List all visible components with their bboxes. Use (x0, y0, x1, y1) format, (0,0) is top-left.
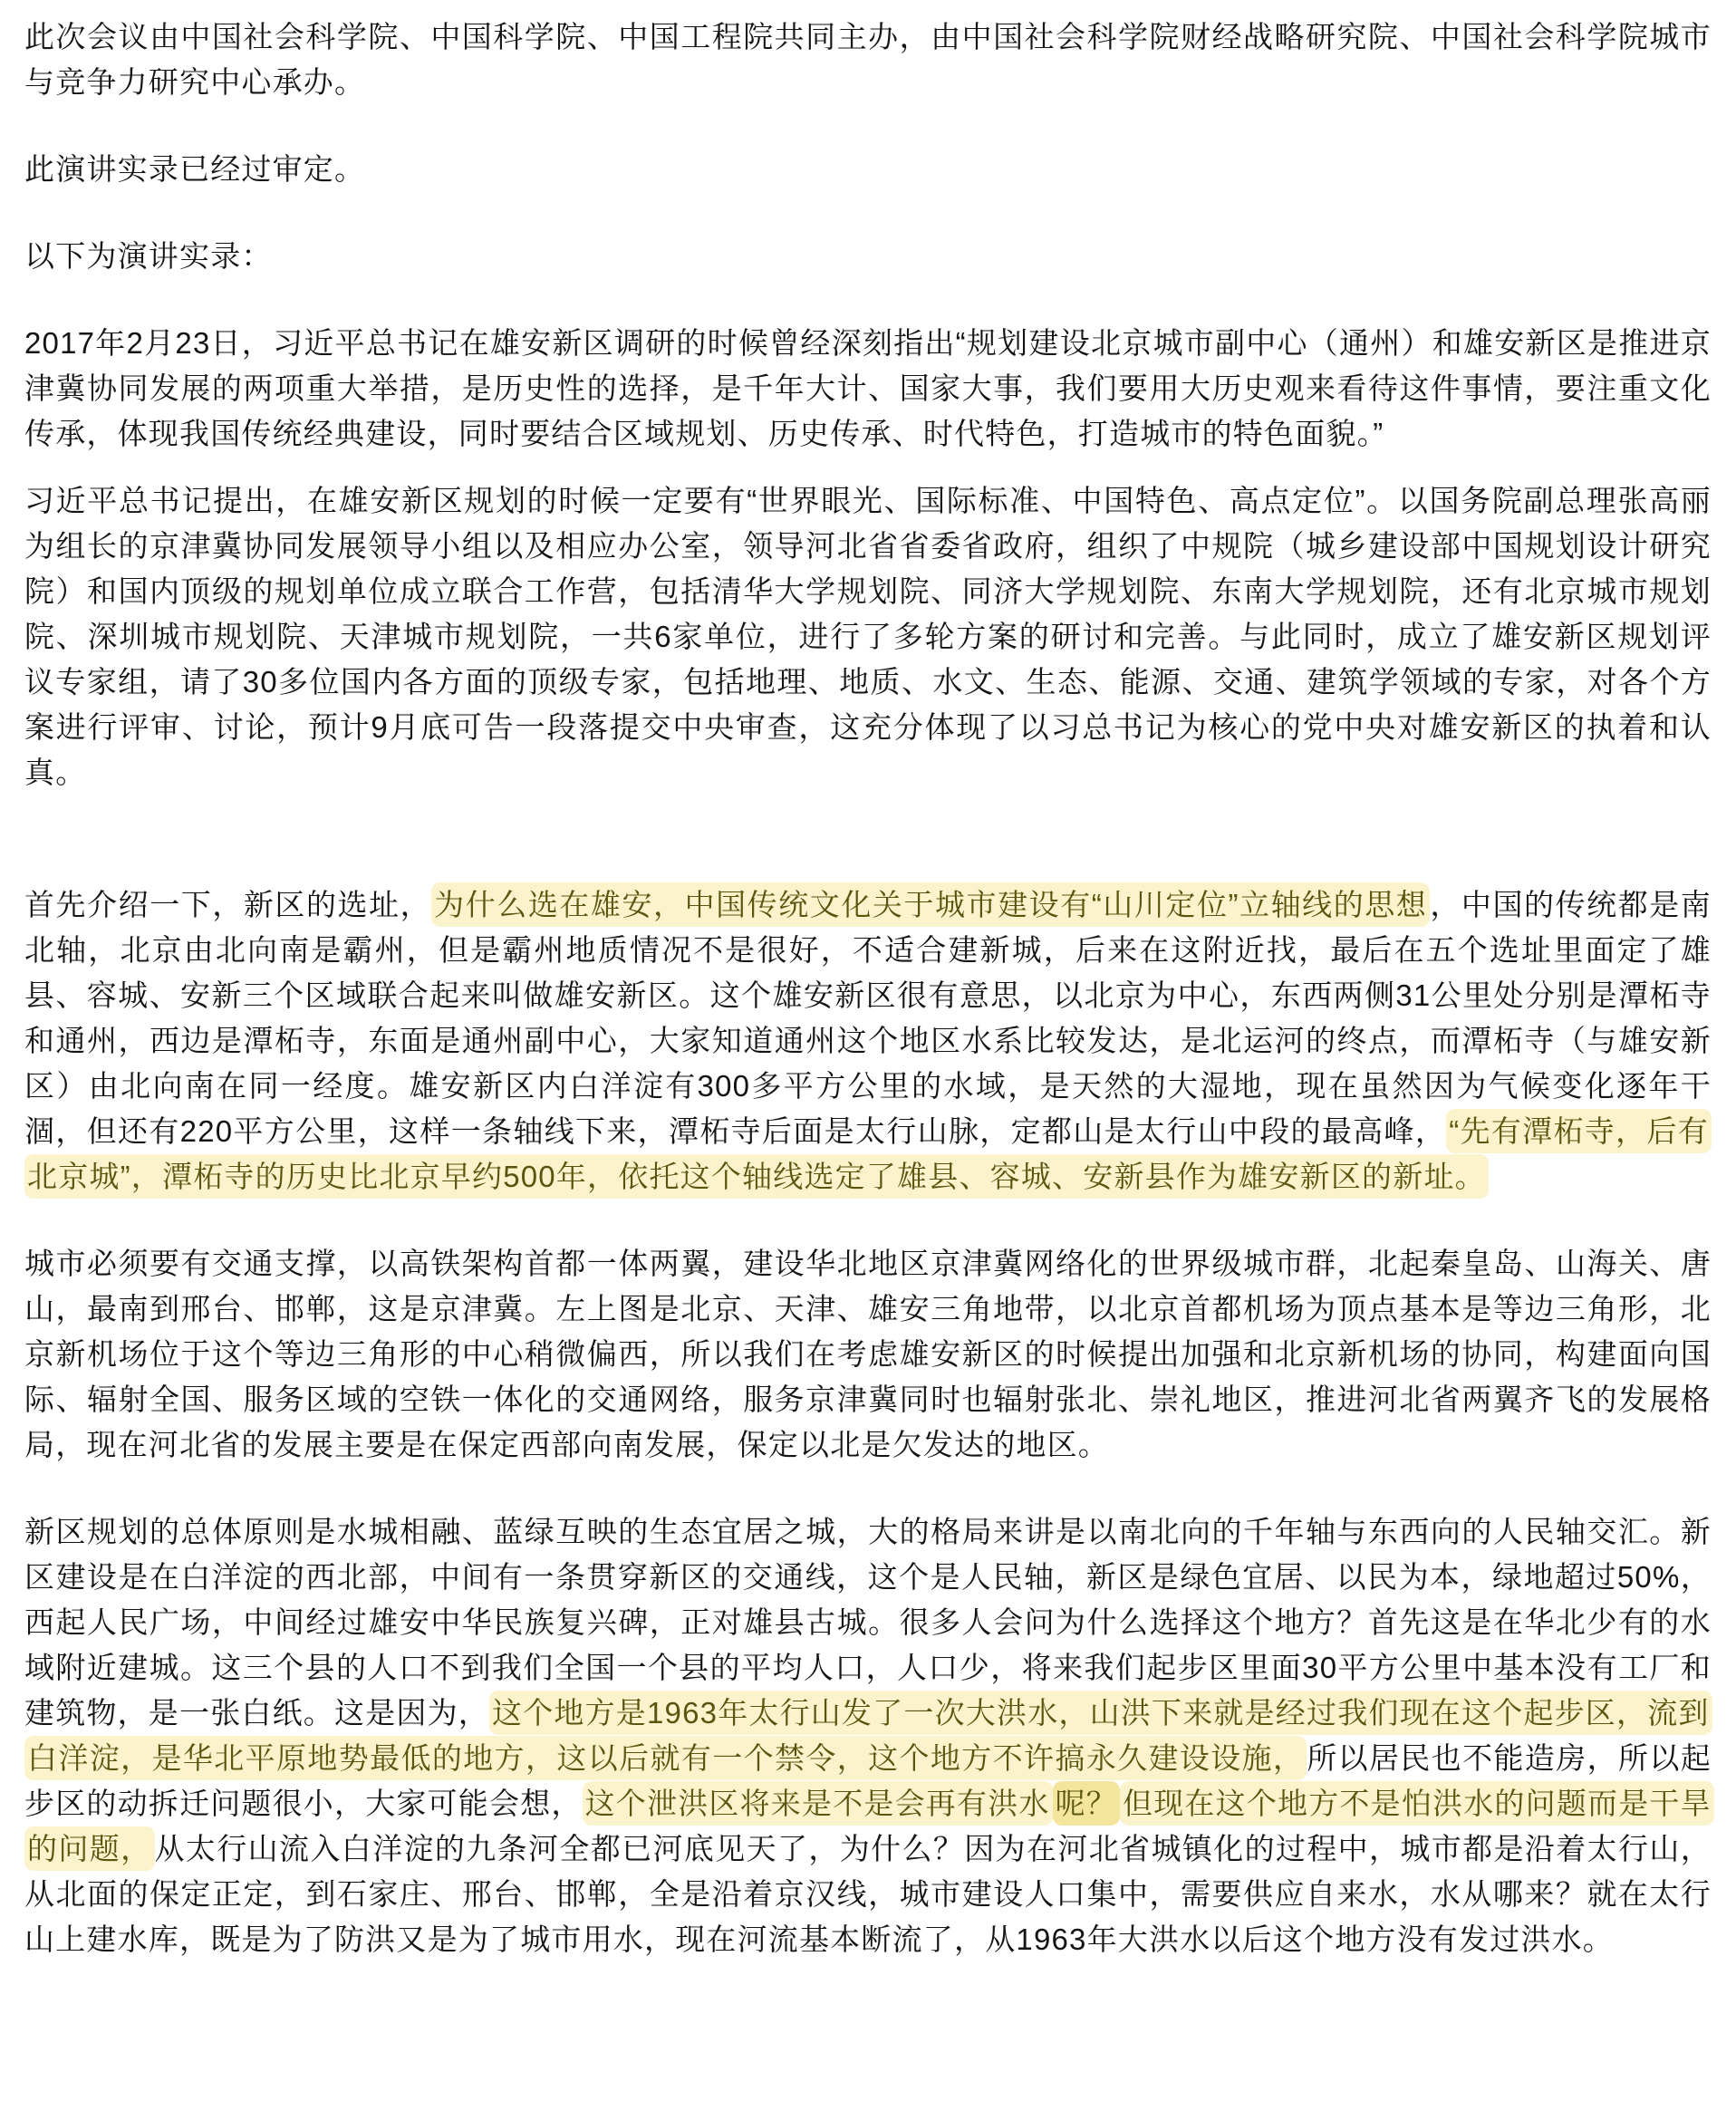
paragraph-quote-2017: 2017年2月23日，习近平总书记在雄安新区调研的时候曾经深刻指出“规划建设北京… (24, 321, 1712, 457)
paragraph-transport: 城市必须要有交通支撑，以高铁架构首都一体两翼，建设华北地区京津冀网络化的世界级城… (24, 1241, 1712, 1468)
text-run: 此演讲实录已经过审定。 (24, 152, 365, 186)
paragraph-overall-principle: 新区规划的总体原则是水城相融、蓝绿互映的生态宜居之城，大的格局来讲是以南北向的千… (24, 1509, 1712, 1962)
article-body: 此次会议由中国社会科学院、中国科学院、中国工程院共同主办，由中国社会科学院财经战… (24, 14, 1712, 1962)
paragraph-site-selection: 首先介绍一下，新区的选址，为什么选在雄安，中国传统文化关于城市建设有“山川定位”… (24, 882, 1712, 1200)
text-run: 2017年2月23日，习近平总书记在雄安新区调研的时候曾经深刻指出“规划建设北京… (24, 326, 1712, 450)
paragraph-transcript-label: 以下为演讲实录： (24, 234, 1712, 279)
text-run: 从太行山流入白洋淀的九条河全都已河底见天了，为什么？因为在河北省城镇化的过程中，… (24, 1832, 1712, 1956)
paragraph-host-intro: 此次会议由中国社会科学院、中国科学院、中国工程院共同主办，由中国社会科学院财经战… (24, 14, 1712, 105)
paragraph-planning-teams: 习近平总书记提出，在雄安新区规划的时候一定要有“世界眼光、国际标准、中国特色、高… (24, 478, 1712, 795)
paragraph-review-note: 此演讲实录已经过审定。 (24, 147, 1712, 192)
highlight-strong-text: 呢？ (1053, 1781, 1120, 1826)
text-run: 以下为演讲实录： (24, 239, 273, 273)
highlight-text: 这个泄洪区将来是不是会再有洪水 (583, 1781, 1053, 1826)
text-run: 城市必须要有交通支撑，以高铁架构首都一体两翼，建设华北地区京津冀网络化的世界级城… (24, 1247, 1712, 1461)
text-run: 习近平总书记提出，在雄安新区规划的时候一定要有“世界眼光、国际标准、中国特色、高… (24, 484, 1712, 789)
highlight-text: 为什么选在雄安，中国传统文化关于城市建设有“山川定位”立轴线的思想 (431, 882, 1430, 927)
text-run: 首先介绍一下，新区的选址， (24, 888, 431, 921)
text-run: 此次会议由中国社会科学院、中国科学院、中国工程院共同主办，由中国社会科学院财经战… (24, 20, 1712, 99)
page: 此次会议由中国社会科学院、中国科学院、中国工程院共同主办，由中国社会科学院财经战… (0, 0, 1736, 1990)
